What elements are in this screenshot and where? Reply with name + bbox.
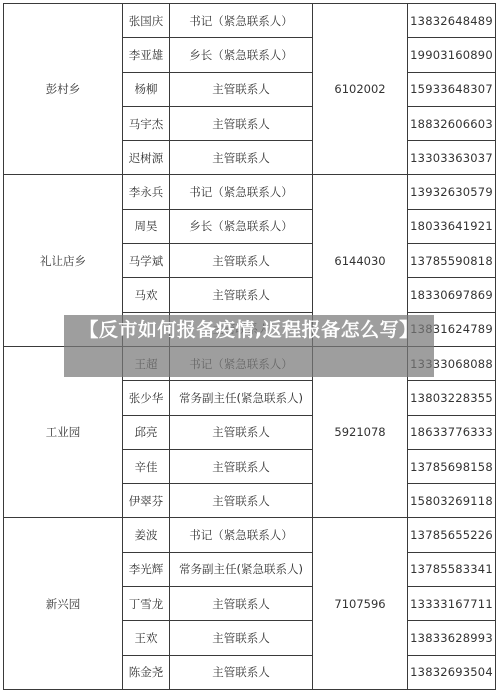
mobile-cell: 13832693504 [408,655,496,689]
role-cell: 书记（紧急联系人） [170,175,313,209]
mobile-cell: 15803269118 [408,484,496,518]
mobile-cell: 15933648307 [408,72,496,106]
mobile-cell: 13803228355 [408,381,496,415]
mobile-cell: 13932630579 [408,175,496,209]
name-cell: 姜波 [123,518,170,552]
mobile-cell: 18832606603 [408,106,496,140]
role-cell: 主管联系人 [170,244,313,278]
mobile-cell: 13833628993 [408,621,496,655]
mobile-cell: 18633776333 [408,415,496,449]
overlay-title: 【反市如何报备疫情,返程报备怎么写】 [79,315,419,343]
table-row: 新兴园 姜波 书记（紧急联系人） 7107596 13785655226 [4,518,496,552]
table-row: 礼让店乡 李永兵 书记（紧急联系人） 6144030 13932630579 [4,175,496,209]
title-overlay-banner: 【反市如何报备疫情,返程报备怎么写】 [64,315,434,377]
name-cell: 马宇杰 [123,106,170,140]
role-cell: 书记（紧急联系人） [170,4,313,38]
name-cell: 丁雪龙 [123,587,170,621]
role-cell: 乡长（紧急联系人） [170,209,313,243]
name-cell: 辛佳 [123,449,170,483]
role-cell: 乡长（紧急联系人） [170,38,313,72]
role-cell: 书记（紧急联系人） [170,518,313,552]
role-cell: 主管联系人 [170,587,313,621]
role-cell: 主管联系人 [170,484,313,518]
mobile-cell: 13333167711 [408,587,496,621]
mobile-cell: 19903160890 [408,38,496,72]
office-phone-cell: 7107596 [313,518,408,689]
mobile-cell: 18330697869 [408,278,496,312]
name-cell: 张国庆 [123,4,170,38]
name-cell: 周昊 [123,209,170,243]
name-cell: 马欢 [123,278,170,312]
mobile-cell: 13832648489 [408,4,496,38]
mobile-cell: 13303363037 [408,141,496,175]
mobile-cell: 13785590818 [408,244,496,278]
name-cell: 李永兵 [123,175,170,209]
role-cell: 主管联系人 [170,141,313,175]
name-cell: 杨柳 [123,72,170,106]
office-phone-cell: 6102002 [313,4,408,175]
role-cell: 主管联系人 [170,621,313,655]
role-cell: 主管联系人 [170,278,313,312]
name-cell: 邱亮 [123,415,170,449]
name-cell: 王欢 [123,621,170,655]
name-cell: 伊翠芬 [123,484,170,518]
name-cell: 张少华 [123,381,170,415]
role-cell: 主管联系人 [170,449,313,483]
area-cell: 彭村乡 [4,4,123,175]
name-cell: 迟树源 [123,141,170,175]
role-cell: 主管联系人 [170,655,313,689]
mobile-cell: 13785583341 [408,552,496,586]
mobile-cell: 18033641921 [408,209,496,243]
name-cell: 李亚雄 [123,38,170,72]
role-cell: 主管联系人 [170,106,313,140]
name-cell: 马学斌 [123,244,170,278]
area-cell: 新兴园 [4,518,123,689]
role-cell: 常务副主任(紧急联系人) [170,381,313,415]
role-cell: 主管联系人 [170,72,313,106]
name-cell: 李光辉 [123,552,170,586]
mobile-cell: 13785698158 [408,449,496,483]
role-cell: 常务副主任(紧急联系人) [170,552,313,586]
mobile-cell: 13785655226 [408,518,496,552]
table-row: 彭村乡 张国庆 书记（紧急联系人） 6102002 13832648489 [4,4,496,38]
name-cell: 陈金尧 [123,655,170,689]
role-cell: 主管联系人 [170,415,313,449]
